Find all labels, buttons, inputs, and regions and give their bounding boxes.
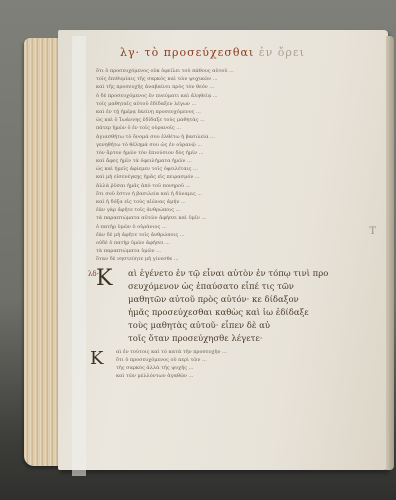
page-fore-edge <box>386 36 394 470</box>
manuscript-book: λγ· τὸ προσεύχεσθαι ἐν ὄρει ὅτι ὁ προσευ… <box>22 26 394 474</box>
text-line: τοῖς ἐπιθυμίαις τῆς σαρκός καὶ τῶν ψυχικ… <box>96 75 358 83</box>
text-line: ἁγιασθήτω τὸ ὄνομά σου ἐλθέτω ἡ βασιλεία… <box>96 133 358 141</box>
text-line: ὅτι ὁ προσευχόμενος οὐκ ὀφείλει τοῦ πάθο… <box>96 67 358 75</box>
text-line: ἐὰν δὲ μὴ ἀφῆτε τοῖς ἀνθρώποις ... <box>96 231 358 239</box>
text-block: λγ· τὸ προσεύχεσθαι ἐν ὄρει ὅτι ὁ προσευ… <box>96 46 358 426</box>
text-line: ἡμᾶς προσεύχεσθαι καθὼς καὶ ἰω ἐδίδαξε <box>114 307 358 320</box>
text-line: καὶ ἐν τῇ ἡμέρᾳ ἐκείνῃ προσευχόμενος ... <box>96 108 358 116</box>
text-line: γενηθήτω τὸ θέλημά σου ὡς ἐν οὐρανῷ ... <box>96 141 358 149</box>
text-line: ὅτι ὁ προσευχόμενος οὐ περὶ τῶν ... <box>116 356 358 364</box>
text-line: τὰ παραπτώματα ὑμῶν ... <box>96 247 358 255</box>
text-line: τοῖς μαθηταῖς αὐτοῦ ἐδίδαξεν λέγων ... <box>96 100 358 108</box>
text-line: οὐδὲ ὁ πατὴρ ὑμῶν ἀφήσει ... <box>96 239 358 247</box>
paragraph-initial: Κ <box>90 348 103 370</box>
text-line: αὶ ἐγένετο ἐν τῷ εἶναι αὐτὸν ἐν τόπῳ τιν… <box>114 268 358 281</box>
text-line: ὅτι σοῦ ἐστιν ἡ βασιλεία καὶ ἡ δύναμις .… <box>96 190 358 198</box>
text-line: ἀλλὰ ῥῦσαι ἡμᾶς ἀπὸ τοῦ πονηροῦ ... <box>96 182 358 190</box>
text-line: καὶ ἄφες ἡμῖν τὰ ὀφειλήματα ἡμῶν ... <box>96 157 358 165</box>
commentary-paragraph-2: Κ αὶ ἐν τούτοις καὶ τὸ κατὰ τὴν προσευχὴ… <box>96 348 358 381</box>
margin-mark: Τ <box>369 226 376 237</box>
heading-text: λγ· τὸ προσεύχεσθαι <box>120 46 254 59</box>
text-line: τὸν ἄρτον ἡμῶν τὸν ἐπιούσιον δὸς ἡμῖν ..… <box>96 149 358 157</box>
text-line: καὶ ἡ δόξα εἰς τοὺς αἰῶνας ἀμήν ... <box>96 198 358 206</box>
heading-faded-text: ἐν ὄρει <box>259 46 305 59</box>
gospel-text: λδ· Κ αὶ ἐγένετο ἐν τῷ εἶναι αὐτὸν ἐν τό… <box>96 268 358 346</box>
text-line: σευχόμενον ὡς ἐπαύσατο εἶπέ τις τῶν <box>114 281 358 294</box>
rubric-heading: λγ· τὸ προσεύχεσθαι ἐν ὄρει <box>120 46 358 59</box>
decorated-initial: Κ <box>96 268 112 290</box>
text-line: ὁ πατὴρ ὑμῶν ὁ οὐράνιος ... <box>96 223 358 231</box>
text-line: ὡς καὶ ἡμεῖς ἀφίεμεν τοῖς ὀφειλέταις ... <box>96 165 358 173</box>
text-line: καὶ τῶν μελλόντων ἀγαθῶν ... <box>116 372 358 380</box>
text-line: ὡς καὶ ὁ Ἰωάννης ἐδίδαξε τοὺς μαθητὰς ..… <box>96 116 358 124</box>
text-line: καὶ τῆς προσευχῆς ἀναβαίνει πρὸς τὸν θεό… <box>96 83 358 91</box>
text-line: τῆς σαρκὸς ἀλλὰ τῆς ψυχῆς ... <box>116 364 358 372</box>
text-line: ὁ δὲ προσευχόμενος ἐν πνεύματι καὶ ἀληθε… <box>96 92 358 100</box>
text-line: τὰ παραπτώματα αὐτῶν ἀφήσει καὶ ὑμῖν ... <box>96 214 358 222</box>
commentary-text: ὅτι ὁ προσευχόμενος οὐκ ὀφείλει τοῦ πάθο… <box>96 67 358 264</box>
text-line: ὅταν δὲ νηστεύητε μὴ γίνεσθε ... <box>96 255 358 263</box>
text-line: αὶ ἐν τούτοις καὶ τὸ κατὰ τὴν προσευχὴν … <box>116 348 358 356</box>
text-line: τοὺς μαθητὰς αὐτοῦ· εἶπεν δὲ αὐ <box>114 320 358 333</box>
conservation-tape <box>72 36 86 476</box>
text-line: μαθητῶν αὐτοῦ πρὸς αὐτόν· κε δίδαξον <box>114 294 358 307</box>
text-line: τοῖς ὅταν προσεύχησθε λέγετε· <box>114 333 358 346</box>
text-line: καὶ μὴ εἰσενέγκῃς ἡμᾶς εἰς πειρασμόν ... <box>96 173 358 181</box>
text-line: πάτερ ἡμῶν ὁ ἐν τοῖς οὐρανοῖς ... <box>96 124 358 132</box>
text-line: ἐὰν γὰρ ἀφῆτε τοῖς ἀνθρώποις ... <box>96 206 358 214</box>
